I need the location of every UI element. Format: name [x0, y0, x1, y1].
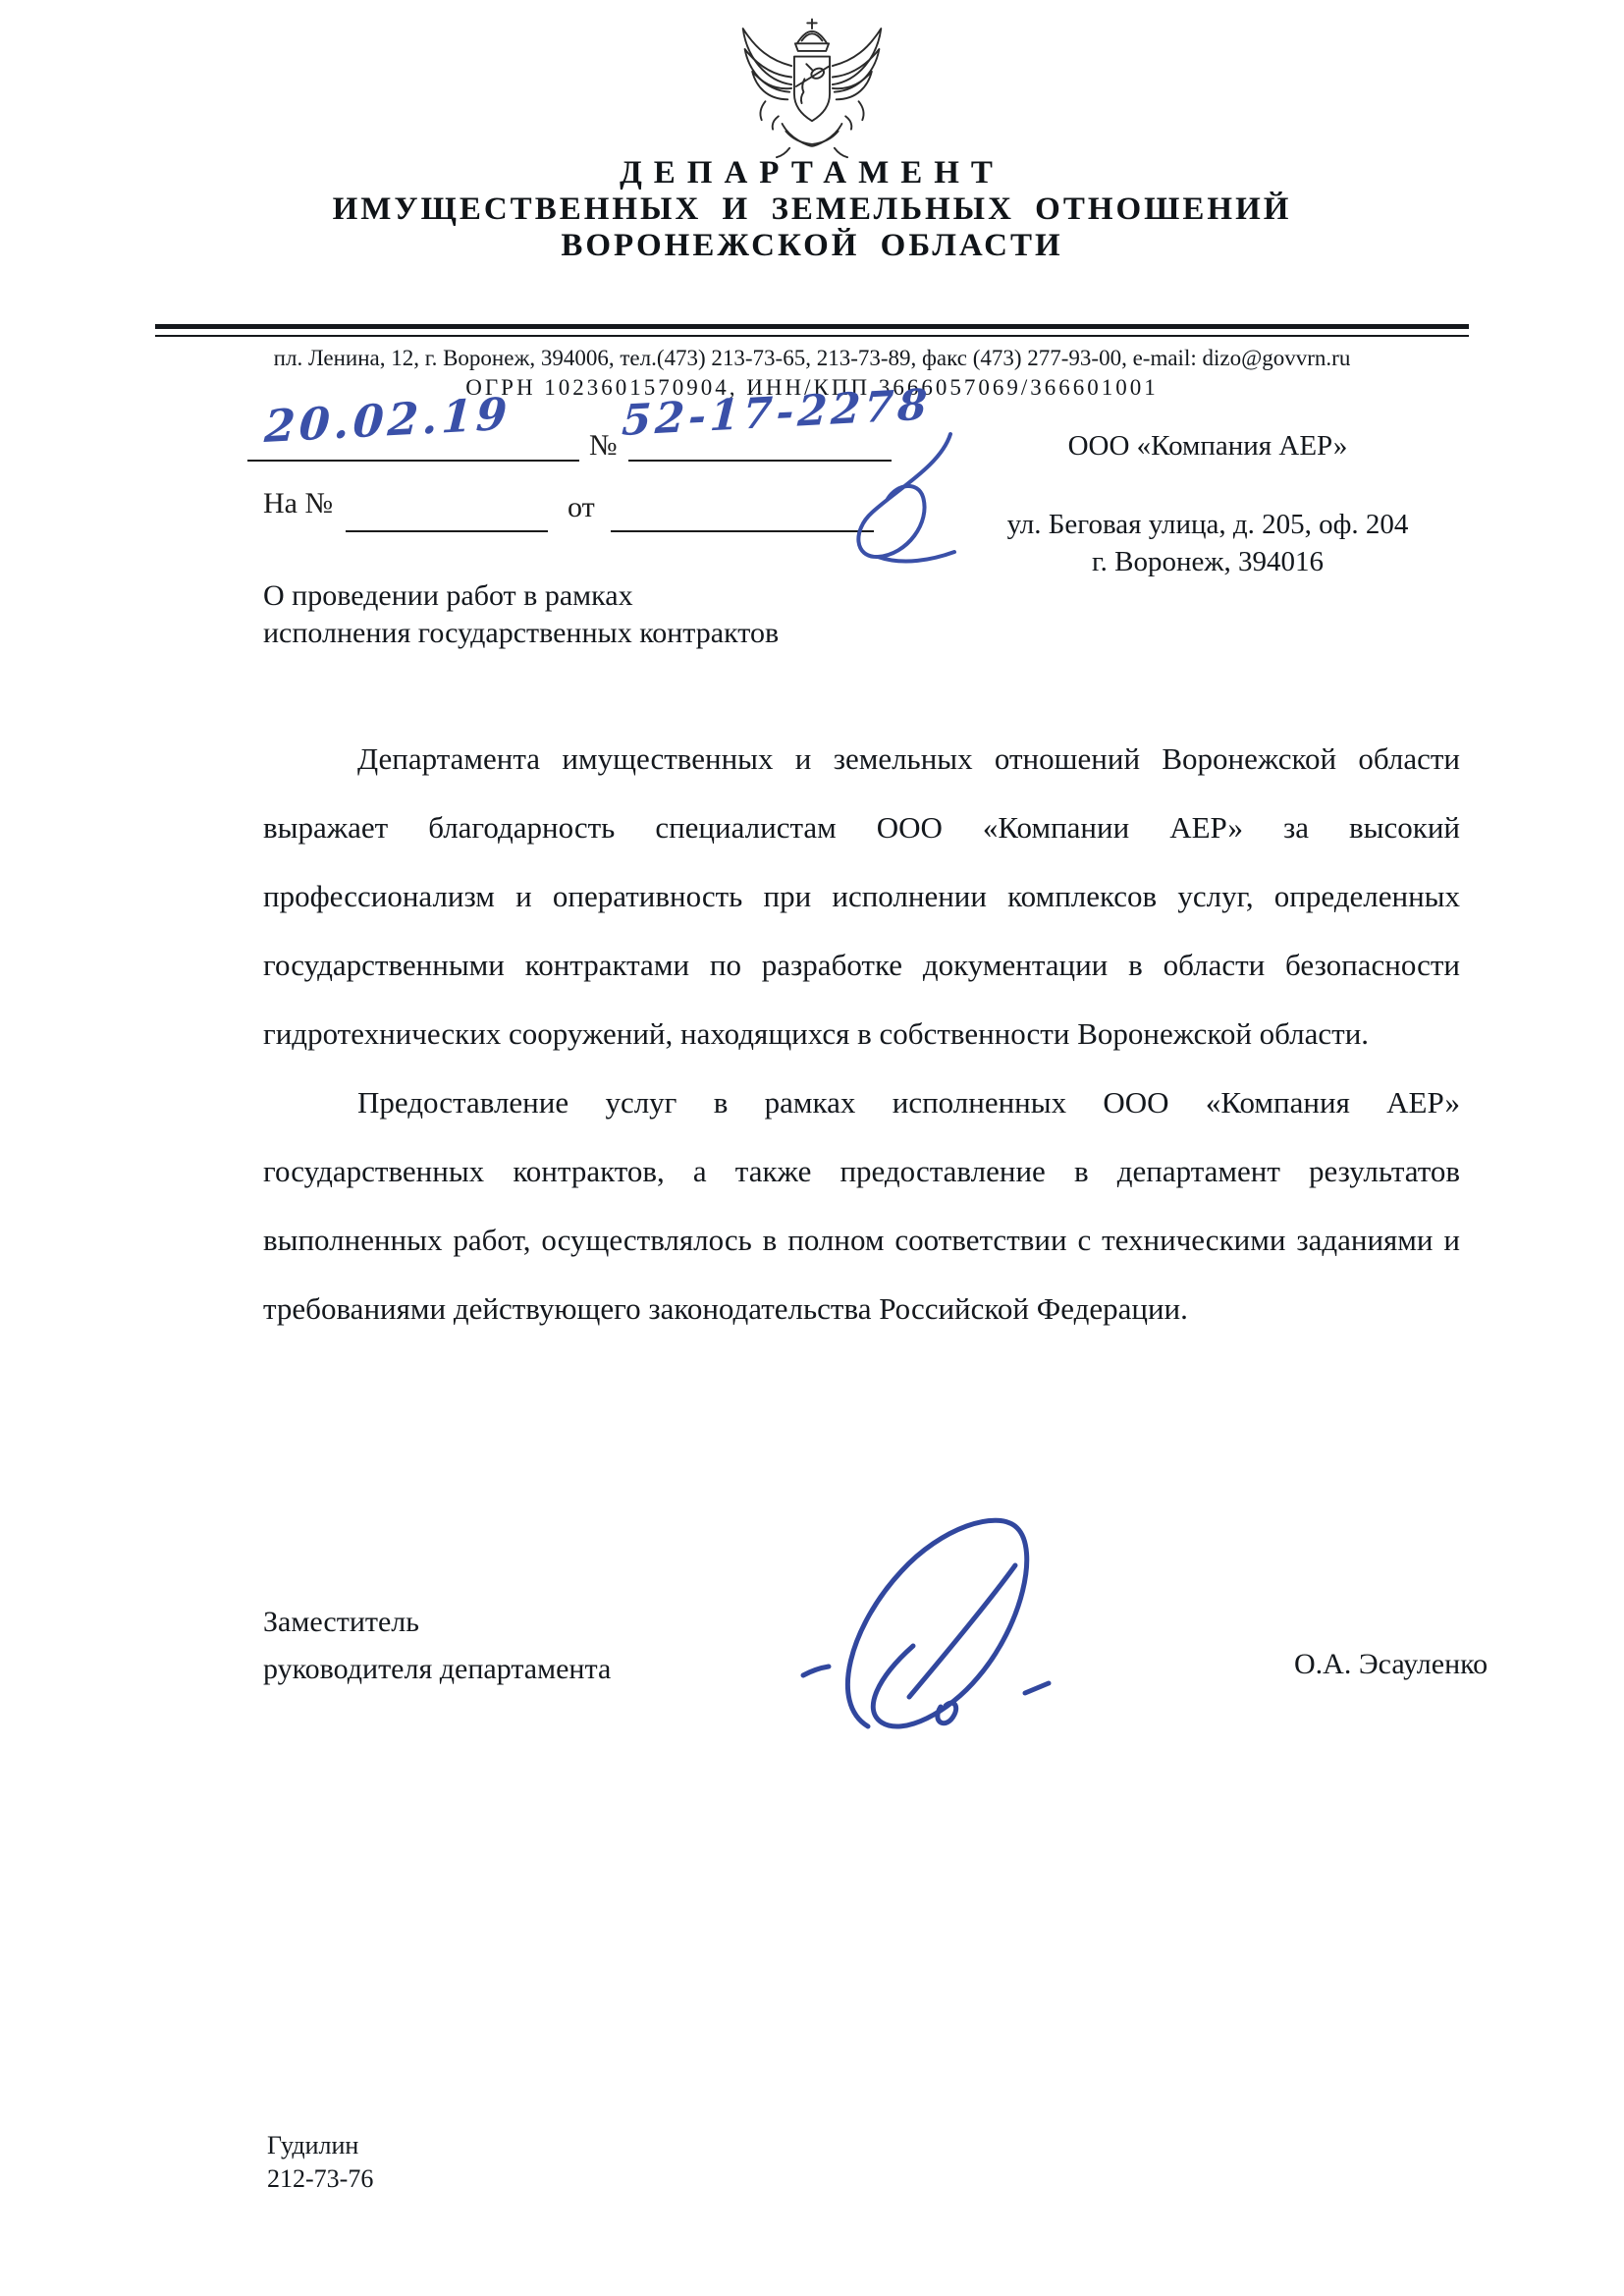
signatory-position-line2: руководителя департамента: [263, 1646, 611, 1693]
header-divider-thin-line: [155, 335, 1469, 337]
recipient-block: ООО «Компания АЕР» ул. Беговая улица, д.…: [970, 430, 1445, 580]
body-paragraph-2: Предоставление услуг в рамках исполненны…: [263, 1068, 1460, 1343]
executor-phone: 212-73-76: [267, 2162, 373, 2196]
pen-flourish: [827, 428, 958, 577]
department-title-line1: ДЕПАРТАМЕНТ: [0, 155, 1624, 191]
subject-line2: исполнения государственных контрактов: [263, 615, 931, 652]
recipient-name: ООО «Компания АЕР»: [970, 430, 1445, 463]
number-label: №: [589, 429, 618, 463]
letter-page: ДЕПАРТАМЕНТ ИМУЩЕСТВЕННЫХ И ЗЕМЕЛЬНЫХ ОТ…: [0, 0, 1624, 2296]
header-divider-thick-line: [155, 324, 1469, 329]
subject-line1: О проведении работ в рамках: [263, 577, 931, 615]
handwritten-signature: [793, 1510, 1131, 1750]
signatory-position-line1: Заместитель: [263, 1599, 611, 1646]
signatory-position: Заместитель руководителя департамента: [263, 1599, 611, 1693]
signatory-name: О.А. Эсауленко: [1294, 1648, 1488, 1681]
department-title-line2: ИМУЩЕСТВЕННЫХ И ЗЕМЕЛЬНЫХ ОТНОШЕНИЙ: [0, 191, 1624, 228]
body-paragraph-1: Департамента имущественных и земельных о…: [263, 725, 1460, 1068]
letterhead-title: ДЕПАРТАМЕНТ ИМУЩЕСТВЕННЫХ И ЗЕМЕЛЬНЫХ ОТ…: [0, 155, 1624, 264]
executor-block: Гудилин 212-73-76: [267, 2129, 373, 2196]
header-divider: [155, 324, 1469, 337]
subject-block: О проведении работ в рамках исполнения г…: [263, 577, 931, 652]
reply-date-label: от: [568, 491, 595, 524]
reply-number-underline: [346, 530, 548, 532]
department-title-line3: ВОРОНЕЖСКОЙ ОБЛАСТИ: [0, 228, 1624, 264]
reply-number-label: На №: [263, 487, 333, 520]
letter-body: Департамента имущественных и земельных о…: [263, 725, 1460, 1343]
letterhead-address: пл. Ленина, 12, г. Воронеж, 394006, тел.…: [0, 346, 1624, 371]
recipient-address-line1: ул. Беговая улица, д. 205, оф. 204: [970, 506, 1445, 543]
coat-of-arms-icon: [699, 12, 925, 161]
date-underline: [247, 460, 579, 462]
recipient-address-line2: г. Воронеж, 394016: [970, 543, 1445, 580]
executor-name: Гудилин: [267, 2129, 373, 2162]
